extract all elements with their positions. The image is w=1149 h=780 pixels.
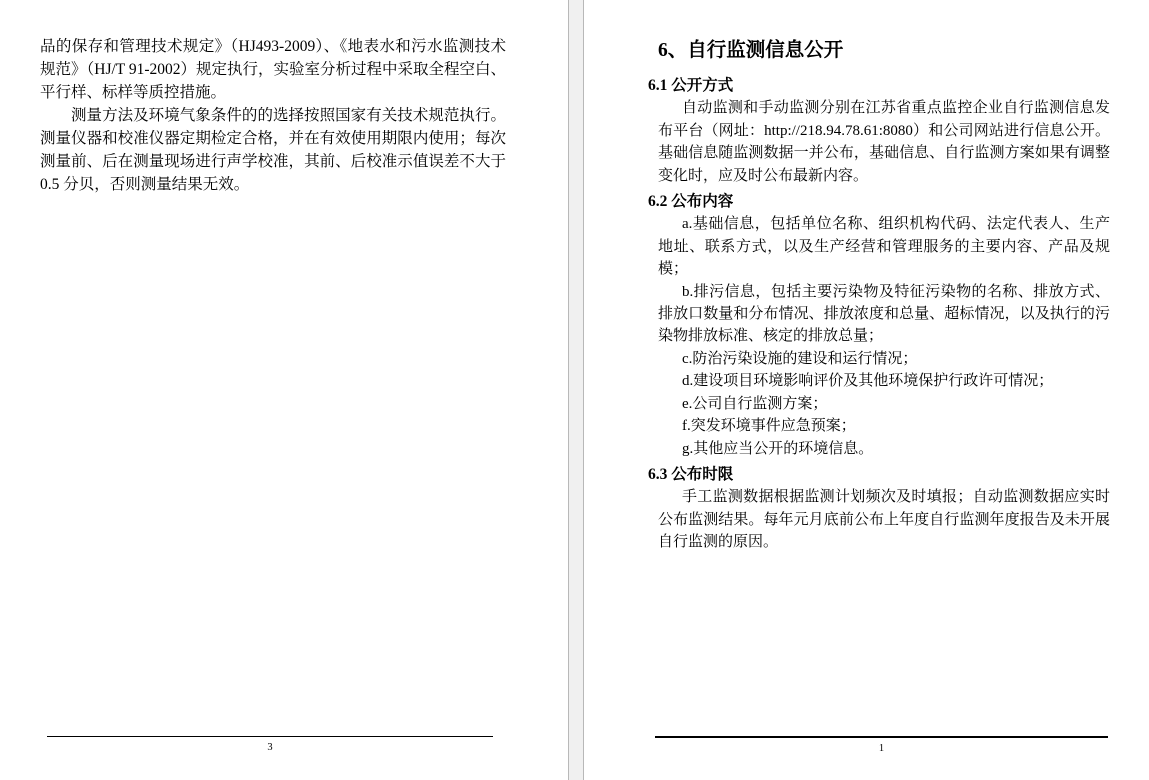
list-item-f: f.突发环境事件应急预案；	[658, 415, 1110, 437]
page-number-left: 3	[267, 742, 272, 754]
page-left-text-block: 品的保存和管理技术规定》（HJ493-2009）、《地表水和污水监测技术规范》（…	[40, 35, 506, 196]
list-item-g: g.其他应当公开的环境信息。	[658, 438, 1110, 460]
paragraph-continuation: 品的保存和管理技术规定》（HJ493-2009）、《地表水和污水监测技术规范》（…	[40, 35, 506, 104]
paragraph-disclosure-method: 自动监测和手动监测分别在江苏省重点监控企业自行监测信息发布平台（网址：http:…	[658, 97, 1110, 187]
section-heading-6-3: 6.3 公布时限	[648, 464, 1110, 486]
chapter-title: 6、自行监测信息公开	[658, 38, 1110, 64]
list-item-e: e.公司自行监测方案；	[658, 393, 1110, 415]
list-item-a: a.基础信息，包括单位名称、组织机构代码、法定代表人、生产地址、联系方式，以及生…	[658, 213, 1110, 280]
list-item-c: c.防治污染设施的建设和运行情况；	[658, 348, 1110, 370]
paragraph-disclosure-schedule: 手工监测数据根据监测计划频次及时填报；自动监测数据应实时公布监测结果。每年元月底…	[658, 486, 1110, 553]
section-heading-6-2: 6.2 公布内容	[648, 191, 1110, 213]
page-left: 品的保存和管理技术规定》（HJ493-2009）、《地表水和污水监测技术规范》（…	[0, 0, 568, 780]
page-right: 6、自行监测信息公开 6.1 公开方式 自动监测和手动监测分别在江苏省重点监控企…	[584, 0, 1149, 780]
page-right-text-block: 6、自行监测信息公开 6.1 公开方式 自动监测和手动监测分别在江苏省重点监控企…	[648, 38, 1110, 554]
list-item-b: b.排污信息，包括主要污染物及特征污染物的名称、排放方式、排放口数量和分布情况、…	[658, 281, 1110, 348]
document-viewer: 品的保存和管理技术规定》（HJ493-2009）、《地表水和污水监测技术规范》（…	[0, 0, 1149, 780]
paragraph-measurement-method: 测量方法及环境气象条件的的选择按照国家有关技术规范执行。测量仪器和校准仪器定期检…	[40, 104, 506, 196]
list-item-d: d.建设项目环境影响评价及其他环境保护行政许可情况；	[658, 370, 1110, 392]
page-number-right: 1	[879, 743, 884, 755]
page-left-footer: 3	[47, 736, 493, 755]
page-gutter	[568, 0, 584, 780]
section-heading-6-1: 6.1 公开方式	[648, 75, 1110, 97]
page-right-footer: 1	[655, 736, 1108, 756]
